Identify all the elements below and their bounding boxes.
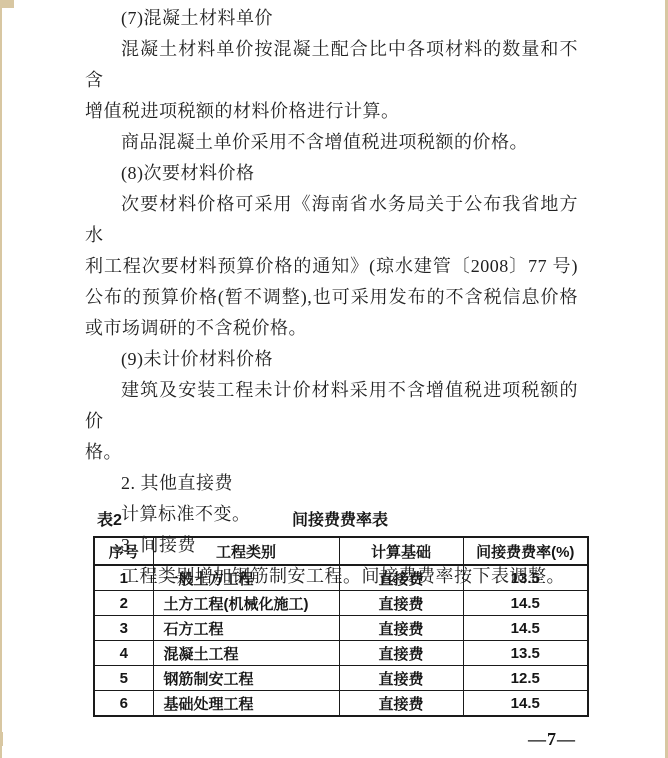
table-row: 1一般土方工程直接费13.5 [94, 565, 588, 591]
scan-edge-left [0, 0, 2, 758]
row-serial-number: 6 [94, 691, 153, 717]
text-line: 次要材料价格可采用《海南省水务局关于公布我省地方水 [85, 189, 578, 251]
table-header-row: 序号 工程类别 计算基础 间接费费率(%) [94, 537, 588, 565]
row-calc-basis: 直接费 [339, 666, 463, 691]
text-line: (7)混凝土材料单价 [85, 3, 578, 34]
row-rate-value: 14.5 [463, 616, 588, 641]
row-serial-number: 5 [94, 666, 153, 691]
header-calc-basis: 计算基础 [339, 537, 463, 565]
table-row: 3石方工程直接费14.5 [94, 616, 588, 641]
document-page: { "body": { "lines": [ {"text": "(7)混凝土材… [0, 0, 668, 758]
text-line: 混凝土材料单价按混凝土配合比中各项材料的数量和不含 [85, 34, 578, 96]
row-serial-number: 4 [94, 641, 153, 666]
text-line: (8)次要材料价格 [85, 158, 578, 189]
row-rate-value: 13.5 [463, 641, 588, 666]
scan-edge-corner-top-left [0, 0, 14, 8]
text-line: (9)未计价材料价格 [85, 344, 578, 375]
rate-table: 序号 工程类别 计算基础 间接费费率(%) 1一般土方工程直接费13.52土方工… [93, 536, 589, 717]
table-row: 6基础处理工程直接费14.5 [94, 691, 588, 717]
text-line: 建筑及安装工程未计价材料采用不含增值税进项税额的价 [85, 375, 578, 437]
row-calc-basis: 直接费 [339, 616, 463, 641]
rate-table-body: 1一般土方工程直接费13.52土方工程(机械化施工)直接费14.53石方工程直接… [94, 565, 588, 716]
text-line: 商品混凝土单价采用不含增值税进项税额的价格。 [85, 127, 578, 158]
text-line: 增值税进项税额的材料价格进行计算。 [85, 96, 578, 127]
row-project-category: 混凝土工程 [153, 641, 339, 666]
row-project-category: 石方工程 [153, 616, 339, 641]
table-row: 5钢筋制安工程直接费12.5 [94, 666, 588, 691]
row-calc-basis: 直接费 [339, 565, 463, 591]
table-row: 4混凝土工程直接费13.5 [94, 641, 588, 666]
header-serial-number: 序号 [94, 537, 153, 565]
row-project-category: 一般土方工程 [153, 565, 339, 591]
row-serial-number: 1 [94, 565, 153, 591]
table-row: 2土方工程(机械化施工)直接费14.5 [94, 591, 588, 616]
row-calc-basis: 直接费 [339, 591, 463, 616]
row-project-category: 基础处理工程 [153, 691, 339, 717]
text-line: 2. 其他直接费 [85, 468, 578, 499]
row-serial-number: 3 [94, 616, 153, 641]
row-rate-value: 13.5 [463, 565, 588, 591]
table-caption: 表2 间接费费率表 [93, 508, 587, 534]
row-rate-value: 14.5 [463, 591, 588, 616]
page-number: —7— [528, 729, 576, 750]
row-project-category: 钢筋制安工程 [153, 666, 339, 691]
scan-edge-corner-bottom-left [0, 732, 3, 746]
header-project-category: 工程类别 [153, 537, 339, 565]
row-calc-basis: 直接费 [339, 641, 463, 666]
text-line: 格。 [85, 437, 578, 468]
table-label: 表2 [97, 508, 122, 534]
row-project-category: 土方工程(机械化施工) [153, 591, 339, 616]
header-indirect-rate: 间接费费率(%) [463, 537, 588, 565]
body-text: (7)混凝土材料单价混凝土材料单价按混凝土配合比中各项材料的数量和不含增值税进项… [85, 3, 578, 592]
row-calc-basis: 直接费 [339, 691, 463, 717]
table-title: 间接费费率表 [93, 508, 587, 534]
text-line: 或市场调研的不含税价格。 [85, 313, 578, 344]
row-serial-number: 2 [94, 591, 153, 616]
row-rate-value: 12.5 [463, 666, 588, 691]
text-line: 公布的预算价格(暂不调整),也可采用发布的不含税信息价格 [85, 282, 578, 313]
row-rate-value: 14.5 [463, 691, 588, 717]
text-line: 利工程次要材料预算价格的通知》(琼水建管〔2008〕77 号) [85, 251, 578, 282]
